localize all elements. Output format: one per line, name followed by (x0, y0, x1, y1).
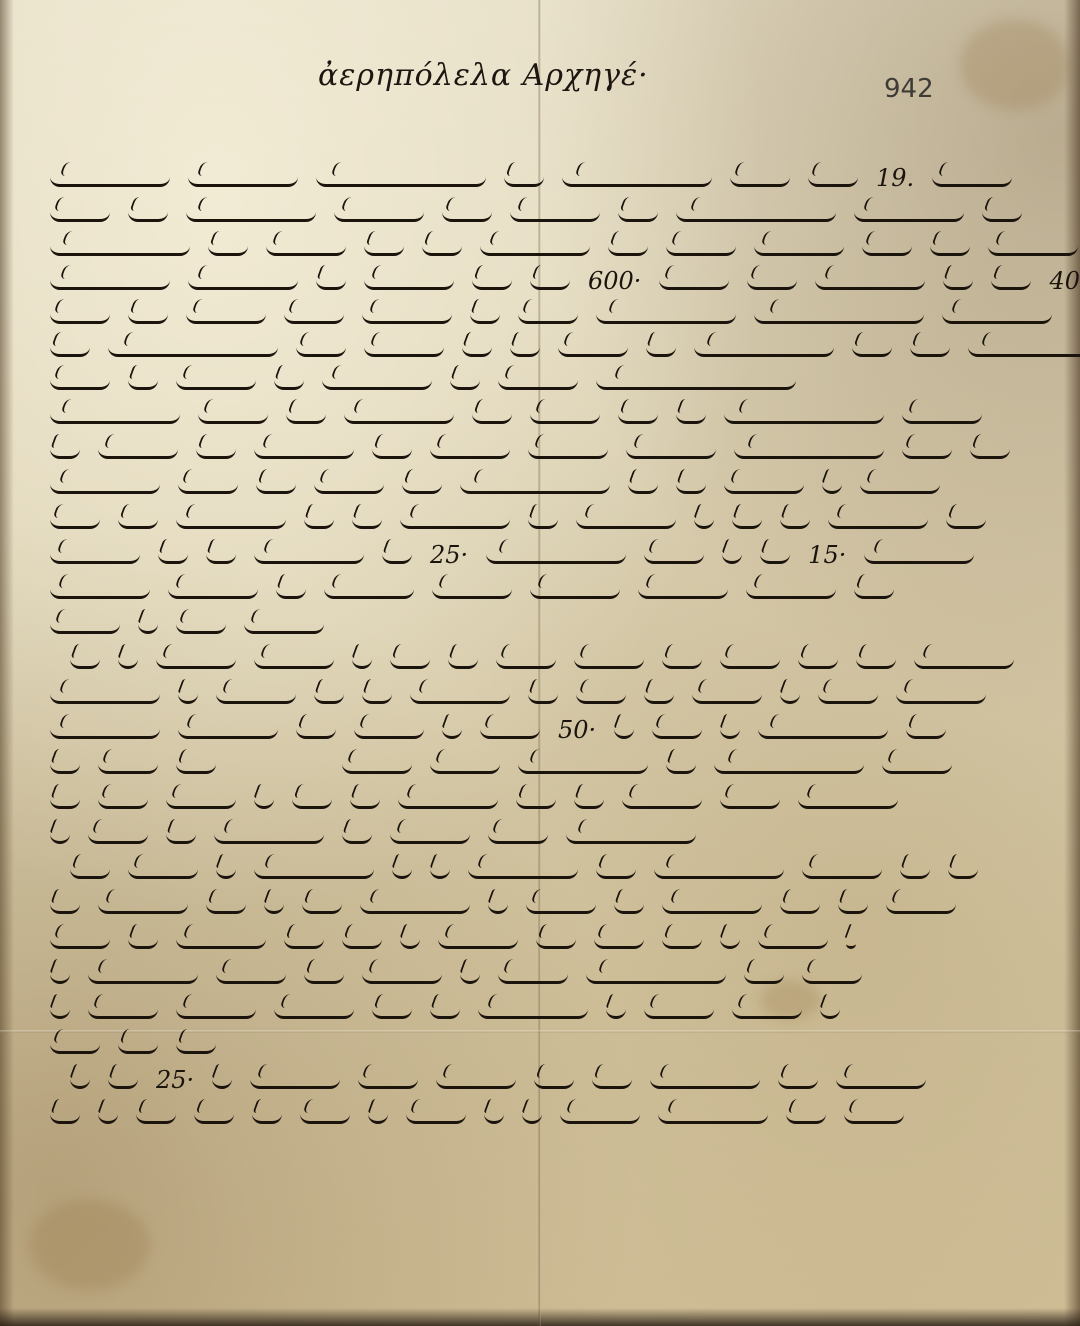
paper-edge-right (1064, 0, 1080, 1326)
numeral: 19. (876, 163, 914, 193)
manuscript-line (50, 232, 1080, 262)
salutation-heading: ἀερηπόλελα Αρχηγέ· (318, 58, 649, 93)
manuscript-line (50, 470, 940, 500)
manuscript-line (50, 333, 1080, 363)
manuscript-line: 600· 400· (50, 266, 1080, 296)
manuscript-line (50, 995, 840, 1025)
numeral: 15· (808, 540, 846, 570)
water-stain (30, 1200, 150, 1290)
manuscript-line (50, 198, 1022, 228)
manuscript-line (50, 505, 986, 535)
manuscript-line (50, 400, 982, 430)
manuscript-line (50, 575, 894, 605)
manuscript-line (50, 610, 324, 640)
manuscript-line (50, 1100, 904, 1130)
water-stain (960, 20, 1070, 110)
manuscript-line: 19. (50, 163, 1012, 193)
numeral: 25· (430, 540, 468, 570)
manuscript-line (50, 750, 952, 780)
paper-edge-left (0, 0, 14, 1326)
manuscript-line (50, 300, 1052, 330)
manuscript-line (50, 960, 862, 990)
manuscript-line: 50· (50, 715, 946, 745)
manuscript-line (50, 1030, 216, 1060)
page-number: 942 (884, 74, 934, 104)
numeral: 600· (588, 266, 641, 296)
manuscript-line (50, 680, 986, 710)
manuscript-line (50, 366, 796, 396)
manuscript-line (50, 435, 1010, 465)
manuscript-page: ἀερηπόλελα Αρχηγέ· 942 19. 600· 400· (0, 0, 1080, 1326)
numeral: 25· (156, 1065, 194, 1095)
manuscript-line (70, 645, 1014, 675)
manuscript-line (50, 820, 696, 850)
manuscript-line (50, 925, 856, 955)
numeral: 400· (1049, 266, 1080, 296)
manuscript-line: 25· (70, 1065, 926, 1095)
numeral: 50· (558, 715, 596, 745)
manuscript-line (50, 785, 898, 815)
manuscript-line: 25· 15· (50, 540, 974, 570)
manuscript-line (50, 890, 956, 920)
manuscript-line (70, 855, 978, 885)
